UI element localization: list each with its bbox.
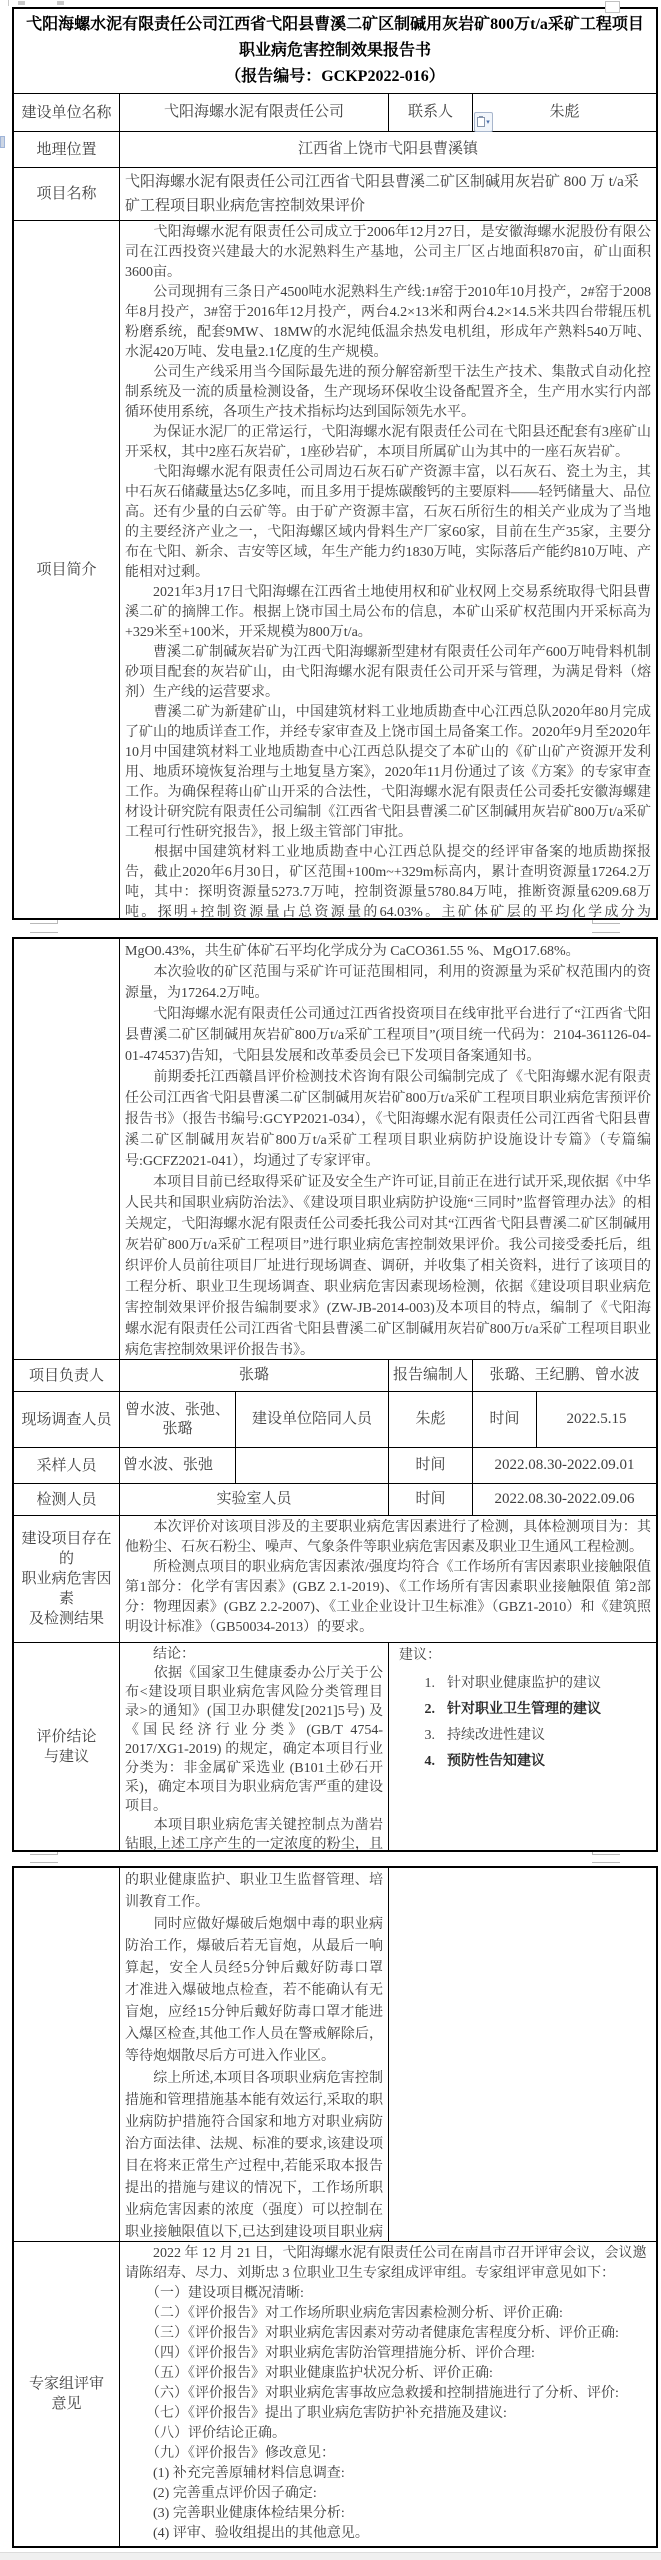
report-writer-label: 报告编制人 <box>388 1360 472 1391</box>
project-intro-row: 项目简介 弋阳海螺水泥有限责任公司成立于2006年12月27日，是安徽海螺水泥股… <box>14 220 656 918</box>
sampling-value: 曾水波、张弛 <box>119 1448 235 1483</box>
clipboard-icon <box>477 117 485 127</box>
project-name-label: 项目名称 <box>14 168 119 220</box>
expert-review-text: 2022 年 12 月 21 日，弋阳海螺水泥有限责任公司在南昌市召开评审会议，… <box>119 2242 656 2546</box>
site-survey-label: 现场调查人员 <box>14 1392 119 1447</box>
sampling-label: 采样人员 <box>14 1448 119 1483</box>
conclusion-text-part1: 结论： 依据《国家卫生健康委办公厅关于公布<建设项目职业病危害风险分类管理目录>… <box>119 1643 388 1850</box>
advice-cell: 建议： 1. 针对职业健康监护的建议 2. 针对职业卫生管理的建议 3. 持续改… <box>388 1643 656 1850</box>
sampling-time-value: 2022.08.30-2022.09.01 <box>472 1448 656 1483</box>
advice-item: 3. 持续改进性建议 <box>391 1723 654 1749</box>
project-intro-continued-row: MgO0.43%，共生矿体矿石平均化学成分为 CaCO361.55 %、MgO1… <box>14 939 656 1359</box>
clipboard-paste-options-icon[interactable]: ▾ <box>474 112 493 132</box>
report-writer-value: 张璐、王纪鹏、曾水波 <box>472 1360 656 1391</box>
project-name-value: 弋阳海螺水泥有限责任公司江西省弋阳县曹溪二矿区制碱用灰岩矿 800 万 t/a采… <box>119 168 656 220</box>
testing-value: 实验室人员 <box>119 1484 388 1515</box>
project-intro-text-part1: 弋阳海螺水泥有限责任公司成立于2006年12月27日，是安徽海螺水泥股份有限公司… <box>119 221 656 918</box>
page-break <box>0 920 661 937</box>
evaluation-label-empty <box>14 1868 119 2241</box>
evaluation-row: 评价结论 与建议 结论： 依据《国家卫生健康委办公厅关于公布<建设项目职业病危害… <box>14 1642 656 1850</box>
project-intro-label: 项目简介 <box>14 221 119 918</box>
testing-time-label: 时间 <box>388 1484 472 1515</box>
project-leader-row: 项目负责人 张璐 报告编制人 张璐、王纪鹏、曾水波 <box>14 1359 656 1391</box>
hazard-factors-row: 建设项目存在的 职业病危害因素 及检测结果 本次评价对该项目涉及的主要职业病危害… <box>14 1515 656 1642</box>
contact-value: 朱彪 <box>472 94 656 131</box>
sampling-time-label: 时间 <box>388 1448 472 1483</box>
advice-title: 建议： <box>391 1643 654 1667</box>
ruler-indent-marker <box>605 1 620 13</box>
accompany-label: 建设单位陪同人员 <box>235 1392 388 1447</box>
project-leader-label: 项目负责人 <box>14 1360 119 1391</box>
contact-label: 联系人 <box>388 94 472 131</box>
construction-unit-label: 建设单位名称 <box>14 94 119 131</box>
advice-item: 2. 针对职业卫生管理的建议 <box>391 1697 654 1723</box>
location-label: 地理位置 <box>14 132 119 167</box>
sampling-empty-cell <box>235 1448 388 1483</box>
conclusion-text-part2: 的职业健康监护、职业卫生监督管理、培训教育工作。 同时应做好爆破后炮烟中毒的职业… <box>119 1868 388 2241</box>
window-bottom-bar <box>0 2552 661 2560</box>
construction-unit-row: 建设单位名称 弋阳海螺水泥有限责任公司 联系人 朱彪 <box>14 93 656 131</box>
project-name-row: 项目名称 弋阳海螺水泥有限责任公司江西省弋阳县曹溪二矿区制碱用灰岩矿 800 万… <box>14 167 656 220</box>
evaluation-continued-row: 的职业健康监护、职业卫生监督管理、培训教育工作。 同时应做好爆破后炮烟中毒的职业… <box>14 1868 656 2241</box>
document-page: 弋阳海螺水泥有限责任公司江西省弋阳县曹溪二矿区制碱用灰岩矿800万t/a采矿工程… <box>0 0 661 2560</box>
report-table-page1: 弋阳海螺水泥有限责任公司江西省弋阳县曹溪二矿区制碱用灰岩矿800万t/a采矿工程… <box>12 7 658 920</box>
expert-review-row: 专家组评审 意见 2022 年 12 月 21 日，弋阳海螺水泥有限责任公司在南… <box>14 2241 656 2546</box>
location-value: 江西省上饶市弋阳县曹溪镇 <box>119 132 656 167</box>
ruler-tick <box>18 1 25 5</box>
report-title-line2: 职业病危害控制效果报告书 <box>239 38 431 64</box>
sampling-row: 采样人员 曾水波、张弛 时间 2022.08.30-2022.09.01 <box>14 1447 656 1483</box>
report-number-line: （报告编号：GCKP2022-016） <box>225 64 445 90</box>
hazard-factors-label: 建设项目存在的 职业病危害因素 及检测结果 <box>14 1516 119 1642</box>
project-leader-value: 张璐 <box>119 1360 388 1391</box>
survey-time-label: 时间 <box>472 1392 536 1447</box>
ruler-tick <box>57 1 64 5</box>
accompany-value: 朱彪 <box>388 1392 472 1447</box>
survey-time-value: 2022.5.15 <box>536 1392 656 1447</box>
location-row: 地理位置 江西省上饶市弋阳县曹溪镇 <box>14 131 656 167</box>
chevron-down-icon: ▾ <box>486 118 490 126</box>
report-table-page3: 的职业健康监护、职业卫生监督管理、培训教育工作。 同时应做好爆破后炮烟中毒的职业… <box>12 1866 658 2548</box>
project-intro-label-empty <box>14 939 119 1359</box>
advice-cell-empty <box>388 1868 656 2241</box>
project-intro-text-part2: MgO0.43%，共生矿体矿石平均化学成分为 CaCO361.55 %、MgO1… <box>119 939 656 1359</box>
testing-label: 检测人员 <box>14 1484 119 1515</box>
site-survey-value: 曾水波、张弛、张璐 <box>119 1392 235 1447</box>
site-survey-row: 现场调查人员 曾水波、张弛、张璐 建设单位陪同人员 朱彪 时间 2022.5.1… <box>14 1391 656 1447</box>
report-title-line1: 弋阳海螺水泥有限责任公司江西省弋阳县曹溪二矿区制碱用灰岩矿800万t/a采矿工程… <box>26 12 644 38</box>
advice-list: 1. 针对职业健康监护的建议 2. 针对职业卫生管理的建议 3. 持续改进性建议… <box>391 1667 654 1775</box>
hazard-factors-text: 本次评价对该项目涉及的主要职业病危害因素进行了检测，具体检测项目为：其他粉尘、石… <box>119 1516 656 1642</box>
ruler-tick <box>8 0 9 6</box>
page-break <box>0 1852 661 1866</box>
testing-row: 检测人员 实验室人员 时间 2022.08.30-2022.09.06 <box>14 1483 656 1515</box>
report-title-row: 弋阳海螺水泥有限责任公司江西省弋阳县曹溪二矿区制碱用灰岩矿800万t/a采矿工程… <box>14 9 656 93</box>
advice-item: 1. 针对职业健康监护的建议 <box>391 1671 654 1697</box>
report-table-page2: MgO0.43%，共生矿体矿石平均化学成分为 CaCO361.55 %、MgO1… <box>12 937 658 1852</box>
evaluation-label: 评价结论 与建议 <box>14 1643 119 1850</box>
construction-unit-value: 弋阳海螺水泥有限责任公司 <box>119 94 388 131</box>
table-row-handle <box>0 136 5 148</box>
expert-review-label: 专家组评审 意见 <box>14 2242 119 2546</box>
testing-time-value: 2022.08.30-2022.09.06 <box>472 1484 656 1515</box>
ruler-strip <box>0 0 661 7</box>
advice-item: 4. 预防性告知建议 <box>391 1749 654 1775</box>
